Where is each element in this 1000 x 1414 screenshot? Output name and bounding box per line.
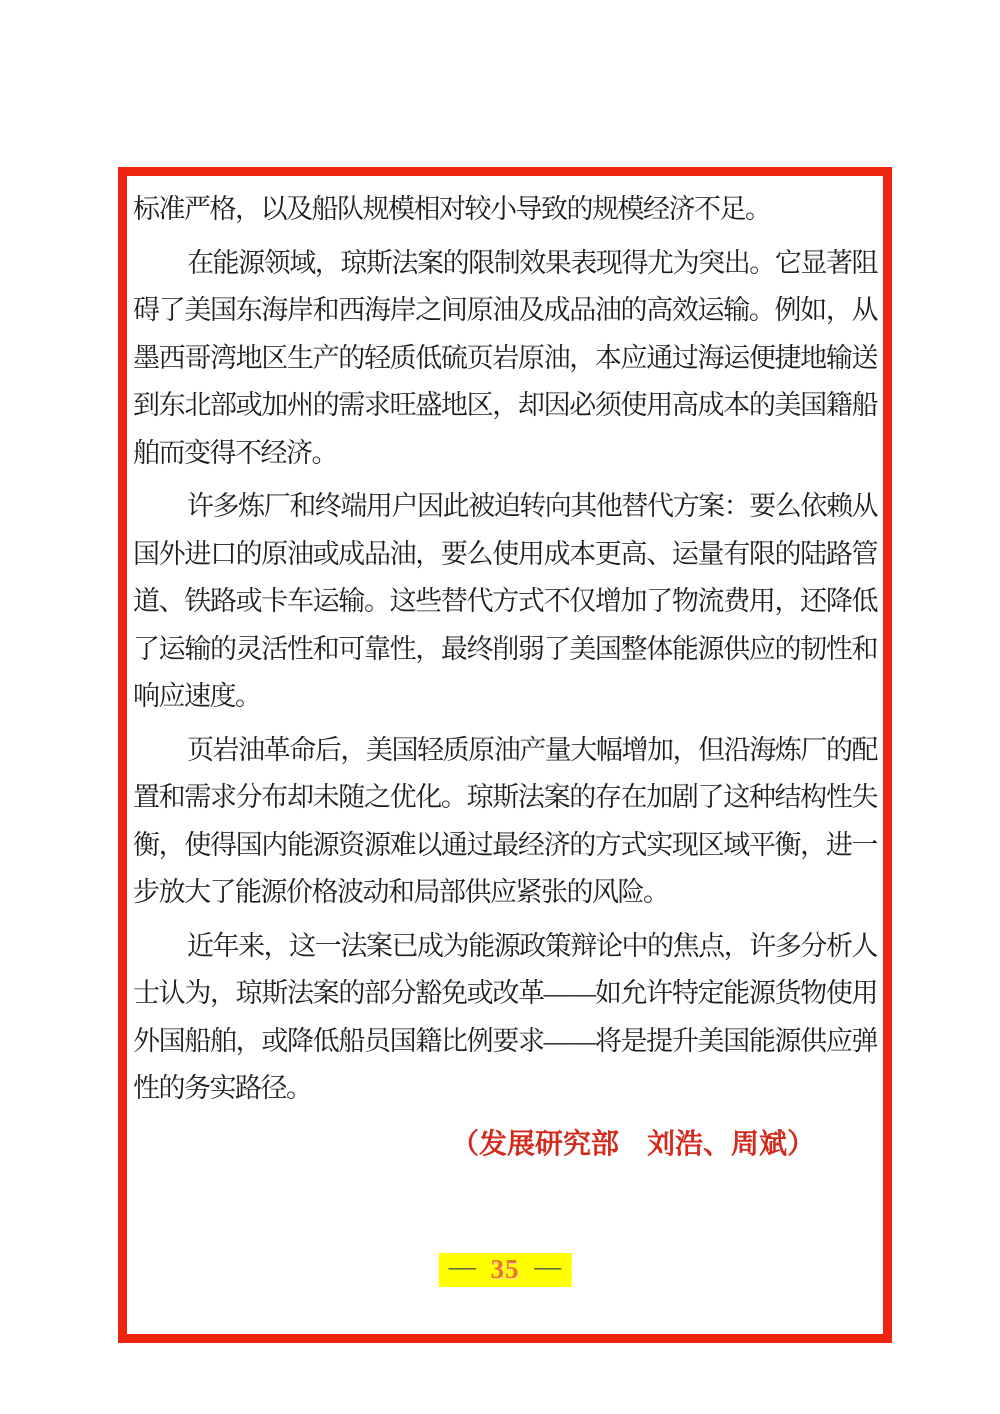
paragraph-energy-restrictions: 在能源领域，琼斯法案的限制效果表现得尤为突出。它显著阻碍了美国东海岸和西海岸之间…	[133, 240, 877, 478]
attribution: （发展研究部 刘浩、周斌）	[133, 1123, 877, 1167]
paragraph-shale-revolution: 页岩油革命后，美国轻质原油产量大幅增加，但沿海炼厂的配置和需求分布却未随之优化。…	[133, 727, 877, 917]
page-number-dash-left: —	[449, 1251, 476, 1281]
page-number-dash-right: —	[534, 1251, 561, 1281]
page-number: 35	[491, 1254, 520, 1284]
page-number-footer: — 35 —	[439, 1253, 572, 1287]
page: 标准严格，以及船队规模相对较小导致的规模经济不足。 在能源领域，琼斯法案的限制效…	[0, 0, 1000, 1414]
document-frame: 标准严格，以及船队规模相对较小导致的规模经济不足。 在能源领域，琼斯法案的限制效…	[118, 167, 892, 1343]
paragraph-alternatives: 许多炼厂和终端用户因此被迫转向其他替代方案：要么依赖从国外进口的原油或成品油，要…	[133, 483, 877, 721]
paragraph-policy-debate: 近年来，这一法案已成为能源政策辩论中的焦点，许多分析人士认为，琼斯法案的部分豁免…	[133, 923, 877, 1113]
document-body: 标准严格，以及船队规模相对较小导致的规模经济不足。 在能源领域，琼斯法案的限制效…	[127, 176, 883, 1167]
paragraph-continuation: 标准严格，以及船队规模相对较小导致的规模经济不足。	[133, 186, 877, 234]
